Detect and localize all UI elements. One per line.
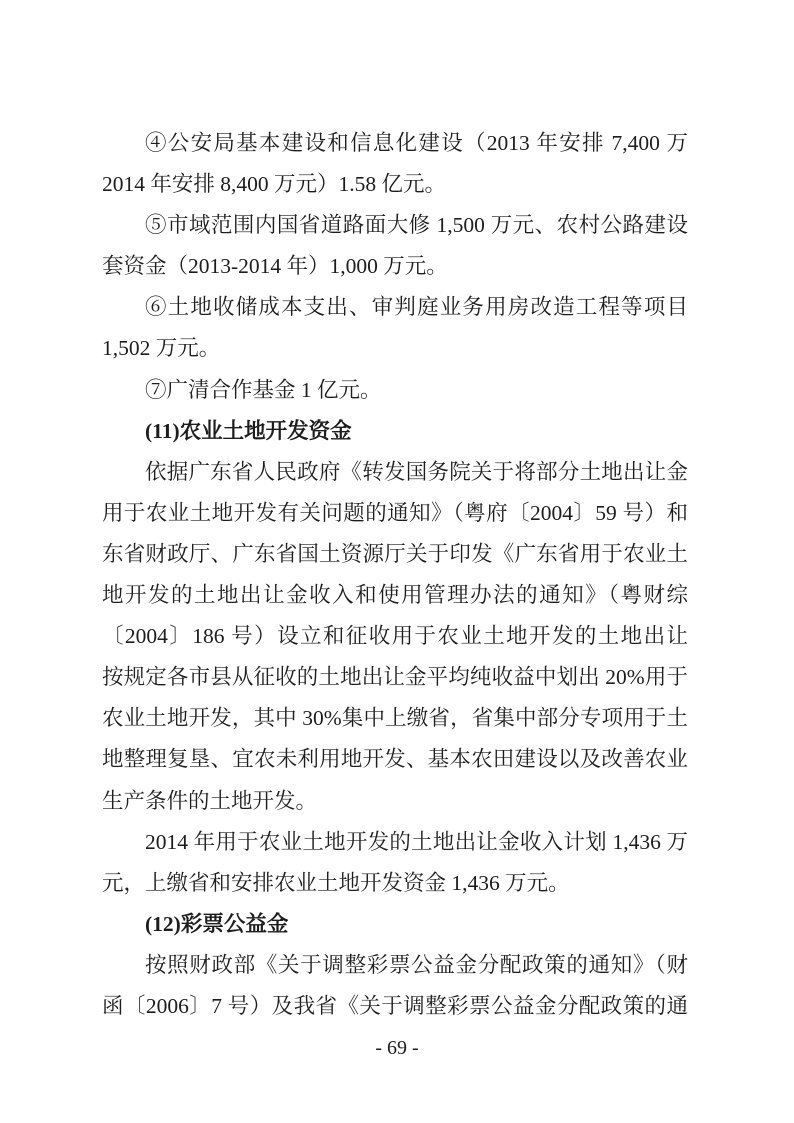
text-line: ⑤市域范围内国省道路面大修 1,500 万元、农村公路建设配 [102,205,688,246]
text-line: 用于农业土地开发有关问题的通知》（粤府〔2004〕59 号）和广 [102,493,688,534]
text-line: 函〔2006〕7 号）及我省《关于调整彩票公益金分配政策的通知》 [102,986,688,1027]
document-page: ④公安局基本建设和信息化建设（2013 年安排 7,400 万元，2014 年安… [0,0,794,1123]
text-line: 地整理复垦、宜农未利用地开发、基本农田建设以及改善农业 [102,739,688,780]
text-line: 农业土地开发，其中 30%集中上缴省，省集中部分专项用于土 [102,698,688,739]
text-line: 生产条件的土地开发。 [102,781,688,822]
text-line: 地开发的土地出让金收入和使用管理办法的通知》（粤财综 [102,575,688,616]
text-line: 套资金（2013-2014 年）1,000 万元。 [102,246,688,287]
section-heading: (12)彩票公益金 [102,904,688,945]
text-line: 2014 年安排 8,400 万元）1.58 亿元。 [102,164,688,205]
section-heading: (11)农业土地开发资金 [102,411,688,452]
text-line: 元，上缴省和安排农业土地开发资金 1,436 万元。 [102,863,688,904]
text-line: ④公安局基本建设和信息化建设（2013 年安排 7,400 万元， [102,123,688,164]
document-body: ④公安局基本建设和信息化建设（2013 年安排 7,400 万元，2014 年安… [102,123,688,1027]
text-line: 东省财政厅、广东省国土资源厅关于印发《广东省用于农业土 [102,534,688,575]
page-footer: - 69 - [0,1037,794,1060]
text-line: 按照财政部《关于调整彩票公益金分配政策的通知》（财综 [102,945,688,986]
text-line: 1,502 万元。 [102,328,688,369]
text-line: 2014 年用于农业土地开发的土地出让金收入计划 1,436 万 [102,822,688,863]
text-line: 按规定各市县从征收的土地出让金平均纯收益中划出 20%用于 [102,657,688,698]
text-line: ⑥土地收储成本支出、审判庭业务用房改造工程等项目 [102,287,688,328]
page-number: - 69 - [375,1037,418,1059]
text-line: 依据广东省人民政府《转发国务院关于将部分土地出让金 [102,452,688,493]
text-line: ⑦广清合作基金 1 亿元。 [102,370,688,411]
text-line: 〔2004〕186 号）设立和征收用于农业土地开发的土地出让金， [102,616,688,657]
